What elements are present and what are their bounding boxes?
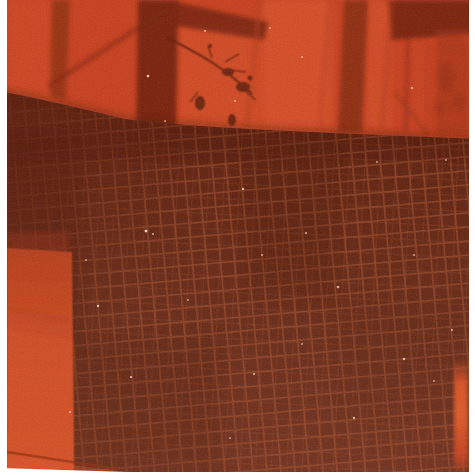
red-net-photograph xyxy=(0,0,475,475)
border-speck xyxy=(9,4,13,7)
photo-frame xyxy=(0,0,475,475)
film-grain-overlay xyxy=(0,0,475,475)
